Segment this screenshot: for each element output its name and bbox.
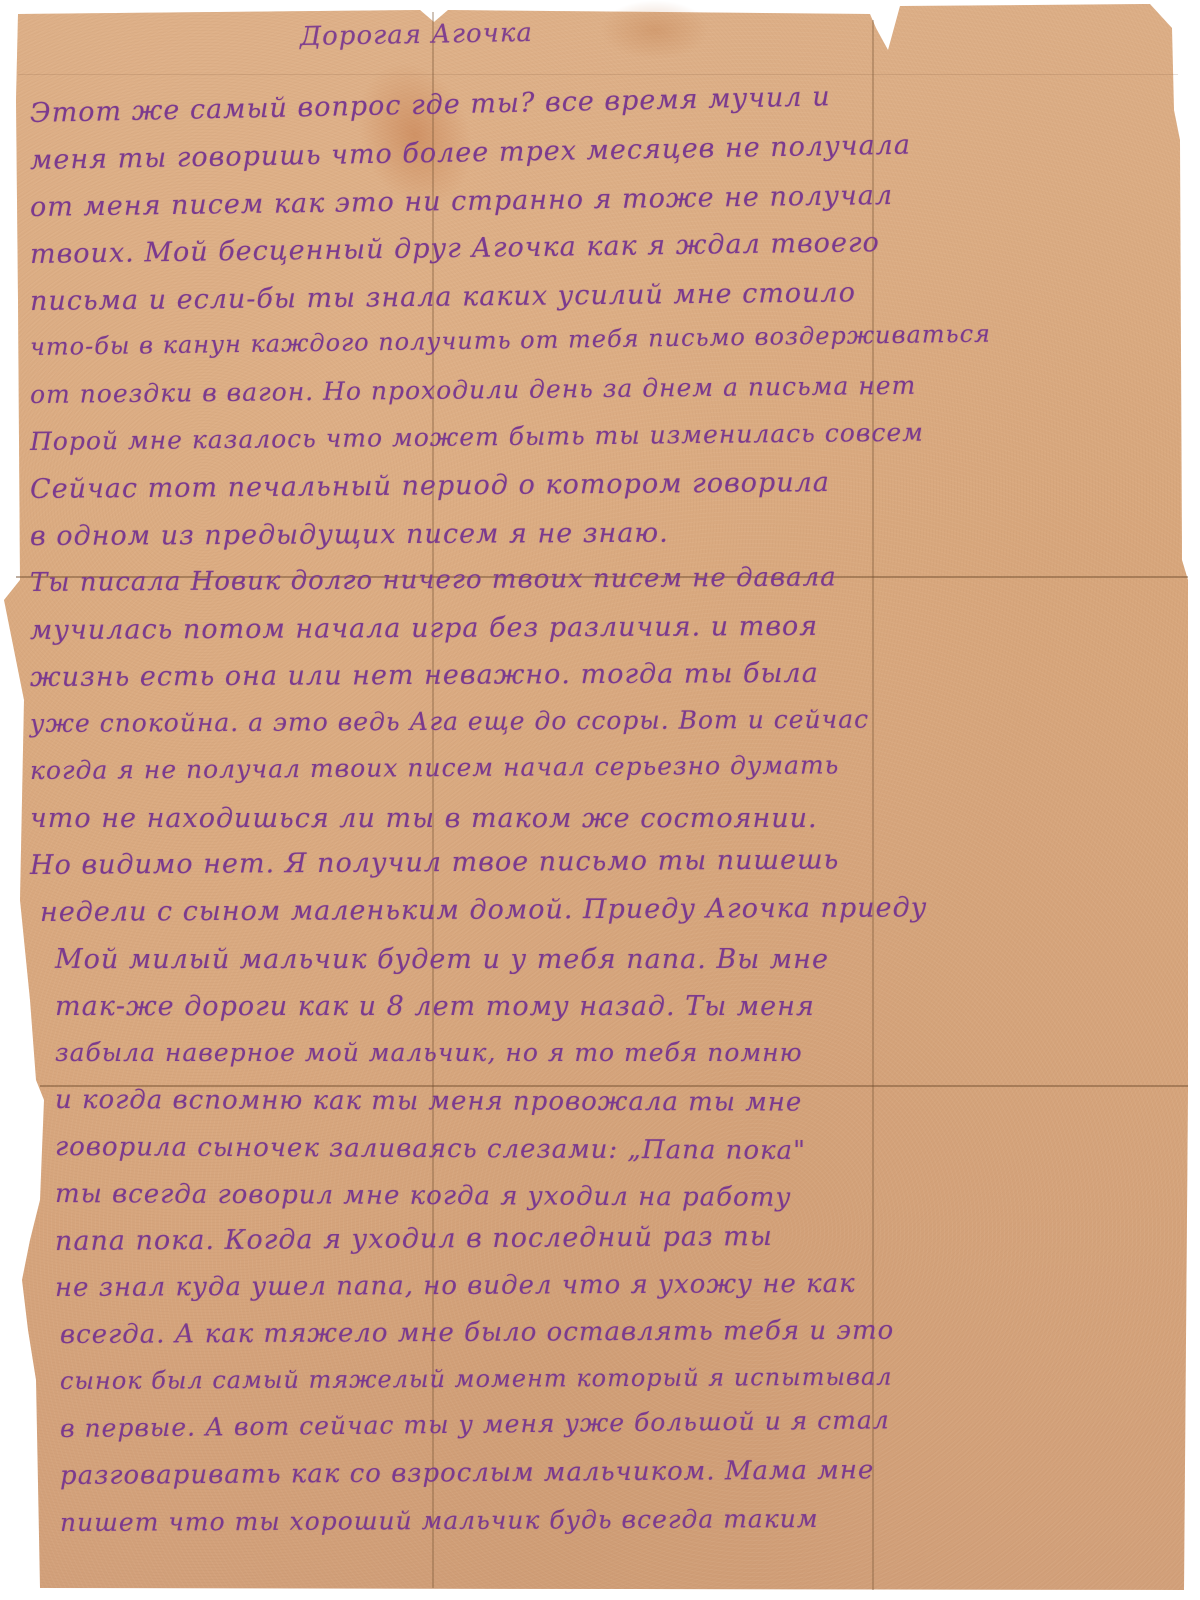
letter-line: жизнь есть она или нет неважно. тогда ты… [30, 658, 819, 693]
letter-line: в первые. А вот сейчас ты у меня уже бол… [60, 1405, 890, 1443]
letter-line: не знал куда ушел папа, но видел что я у… [55, 1269, 856, 1303]
letter-line: папа пока. Когда я уходил в последний ра… [55, 1221, 773, 1257]
letter-line: Этот же самый вопрос где ты? все время м… [30, 81, 831, 129]
letter-line: говорила сыночек заливаясь слезами: „Пап… [55, 1132, 806, 1166]
letter-line: уже спокойна. а это ведь Ага еще до ссор… [30, 705, 869, 738]
letter-line: пишет что ты хороший мальчик будь всегда… [60, 1504, 819, 1537]
letter-line: мучилась потом начала игра без различия.… [30, 611, 818, 646]
letter-line: Порой мне казалось что может быть ты изм… [30, 418, 924, 456]
letter-body: Дорогая Агочка Этот же самый вопрос где … [0, 0, 1200, 1600]
letter-line: твоих. Мой бесценный друг Агочка как я ж… [30, 227, 880, 270]
letter-line: недели с сыном маленьким домой. Приеду А… [40, 892, 927, 928]
letter-line: всегда. А как тяжело мне было оставлять … [60, 1316, 894, 1350]
letter-line: меня ты говоришь что более трех месяцев … [30, 130, 911, 176]
letter-line: от поездки в вагон. Но проходили день за… [30, 371, 917, 409]
letter-page: Дорогая Агочка Этот же самый вопрос где … [0, 0, 1200, 1600]
letter-line: сынок был самый тяжелый момент который я… [60, 1363, 893, 1395]
letter-line: Но видимо нет. Я получил твое письмо ты … [30, 844, 840, 881]
letter-line: так-же дороги как и 8 лет тому назад. Ты… [55, 991, 815, 1022]
letter-line: что-бы в канун каждого получить от тебя … [30, 320, 991, 361]
letter-line: от меня писем как это ни странно я тоже … [30, 180, 894, 223]
letter-line: разговаривать как со взрослым мальчиком.… [60, 1455, 875, 1491]
letter-line: Ты писала Новик долго ничего твоих писем… [30, 562, 837, 598]
letter-line: Мой милый мальчик будет и у тебя папа. В… [55, 944, 829, 975]
letter-line: Сейчас тот печальный период о котором го… [30, 467, 830, 505]
letter-line: ты всегда говорил мне когда я уходил на … [55, 1179, 792, 1213]
letter-line: когда я не получал твоих писем начал сер… [30, 750, 840, 785]
letter-line: в одном из предыдущих писем я не знаю. [30, 518, 669, 552]
letter-line: что не находишься ли ты в таком же состо… [30, 803, 818, 834]
salutation: Дорогая Агочка [300, 18, 533, 52]
letter-line: письма и если-бы ты знала каких усилий м… [30, 277, 856, 317]
letter-line: и когда вспомню как ты меня провожала ты… [55, 1085, 802, 1118]
letter-line: забыла наверное мой мальчик, но я то теб… [55, 1038, 803, 1067]
